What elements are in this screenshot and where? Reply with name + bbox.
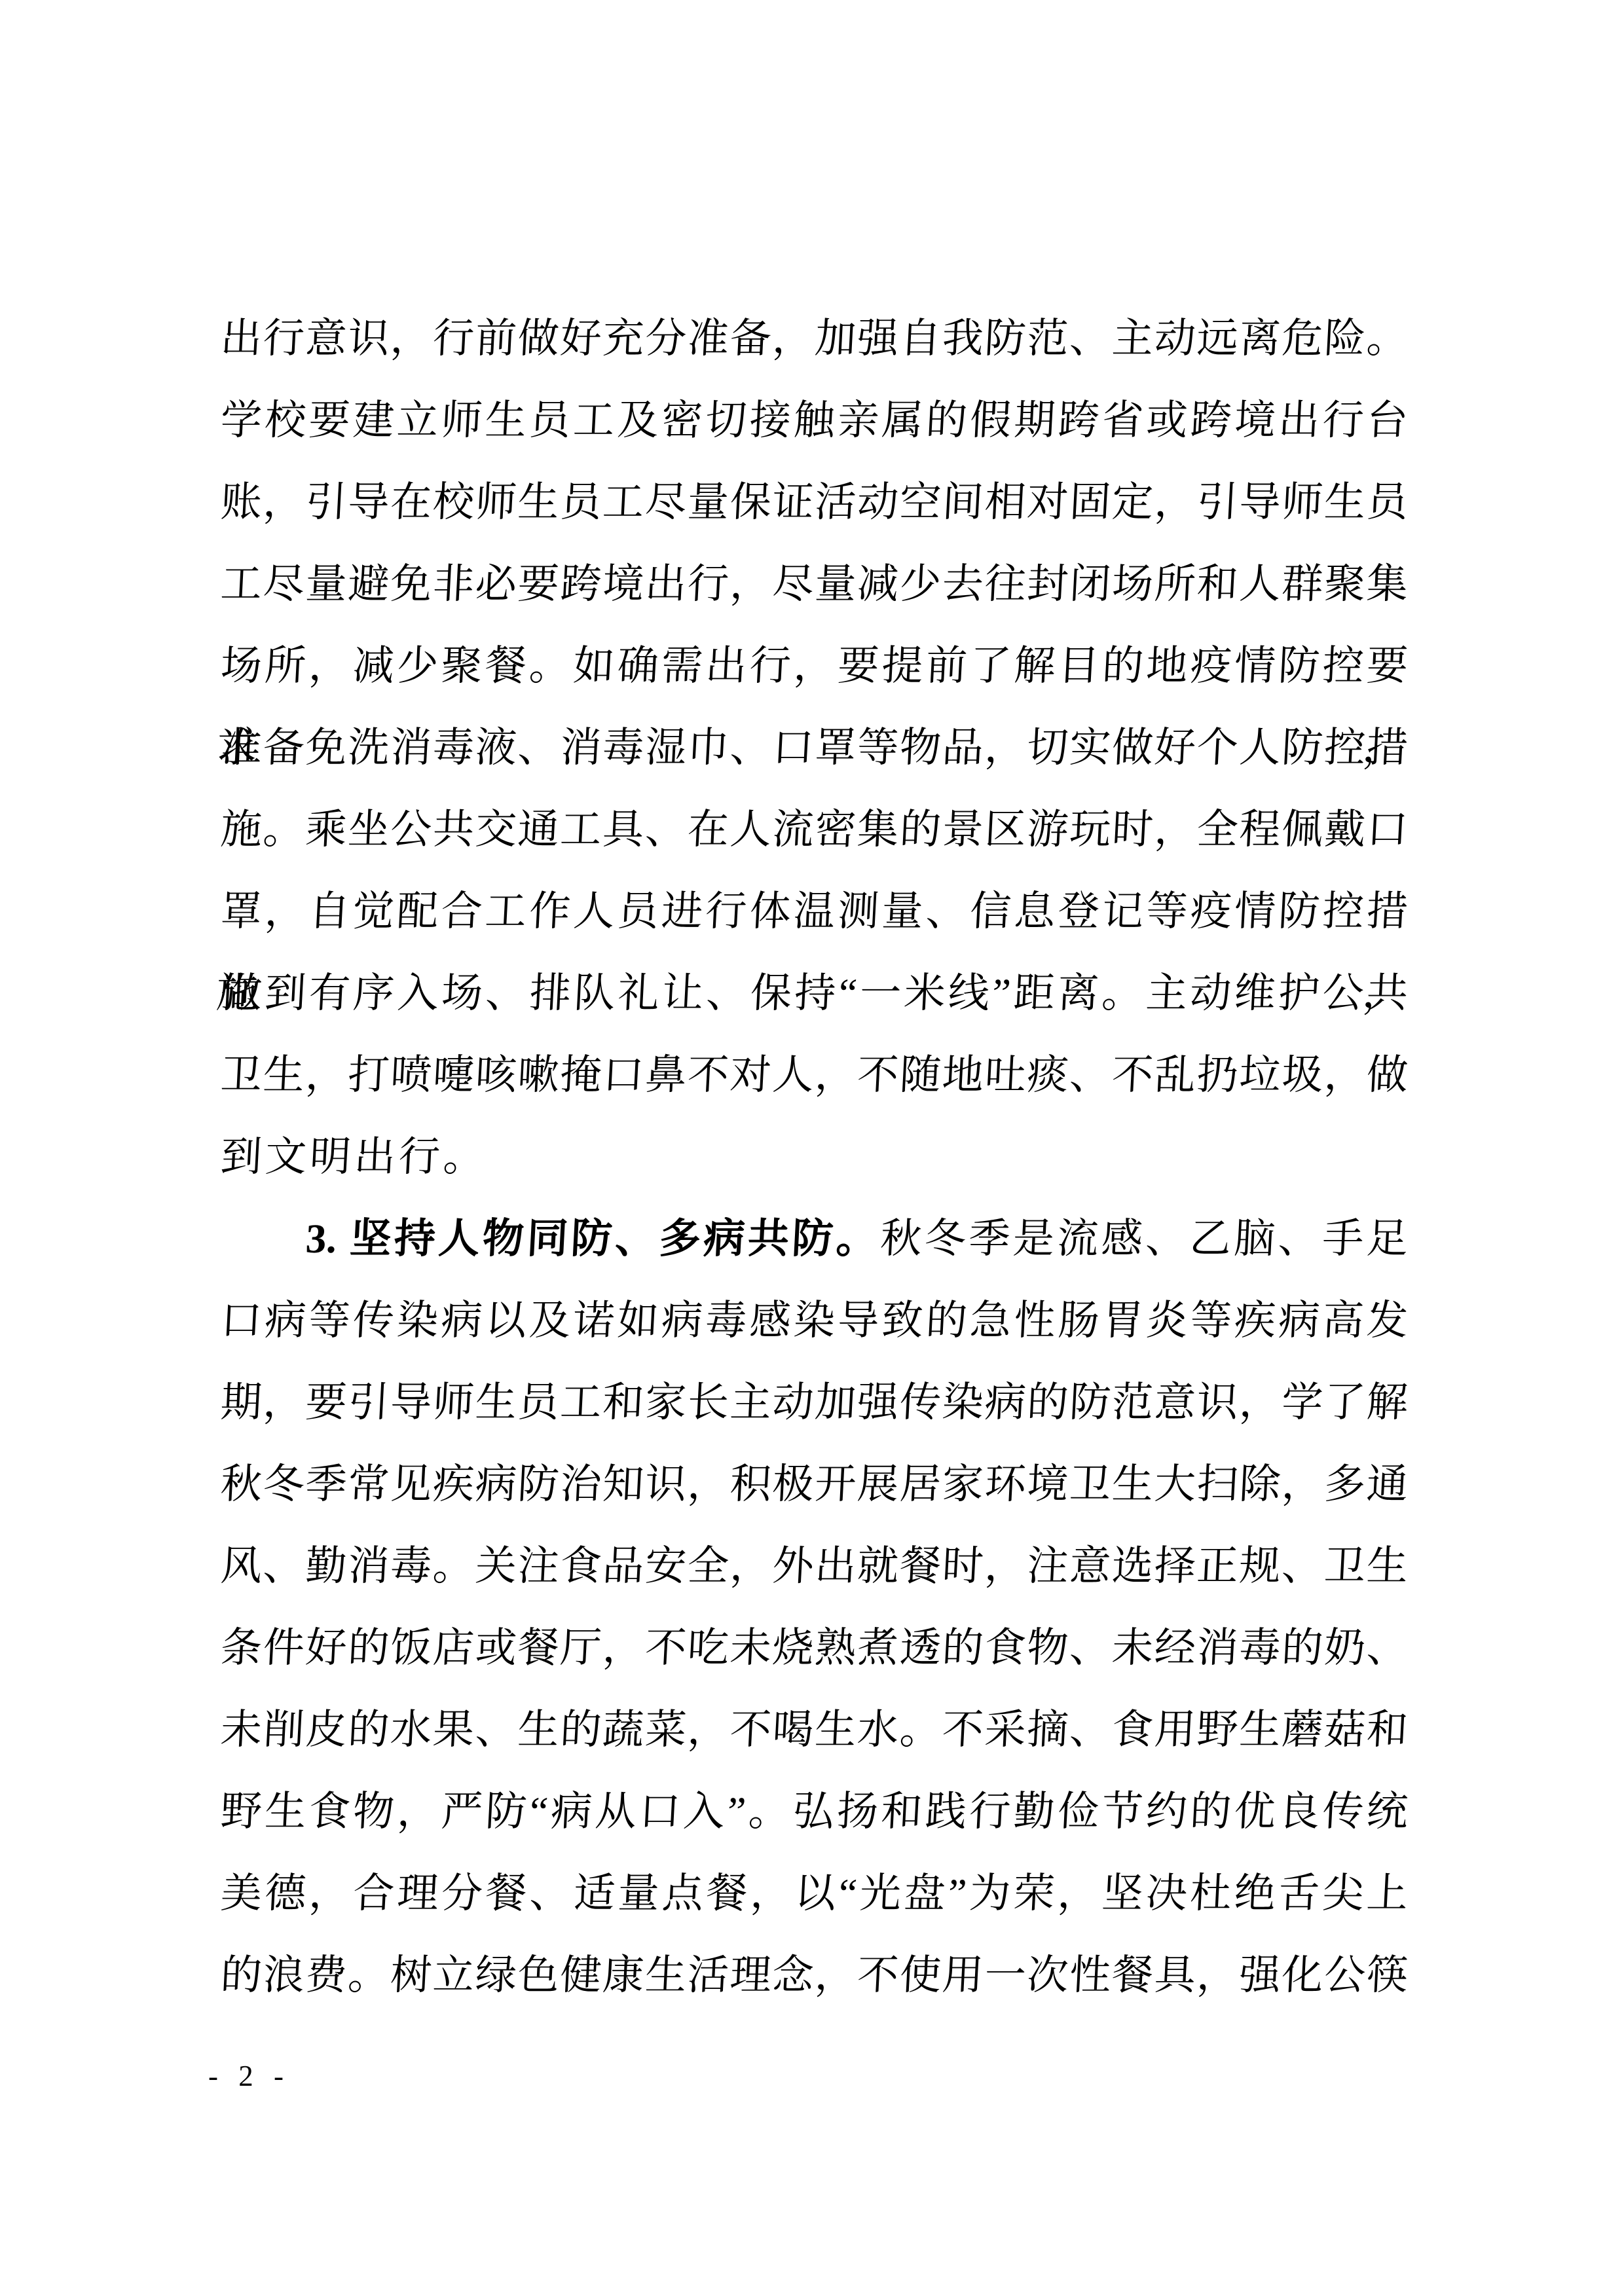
body-line-08: 罩，自觉配合工作人员进行体温测量、信息登记等疫情防控措施， <box>219 871 1411 953</box>
body-line-17: 条件好的饭店或餐厅，不吃未烧熟煮透的食物、未经消毒的奶、 <box>219 1607 1411 1689</box>
item3-bold-lead: 3. 坚持人物同防、多病共防。 <box>304 1216 881 1262</box>
body-line-19: 野生食物，严防“病从口入”。弘扬和践行勤俭节约的优良传统 <box>219 1771 1411 1853</box>
body-line-10: 卫生，打喷嚏咳嗽掩口鼻不对人，不随地吐痰、不乱扔垃圾，做 <box>219 1034 1411 1116</box>
body-line-20: 美德，合理分餐、适量点餐，以“光盘”为荣，坚决杜绝舌尖上 <box>219 1853 1411 1935</box>
body-line-06: 准备免洗消毒液、消毒湿巾、口罩等物品，切实做好个人防控措 <box>219 707 1411 789</box>
page-number: - 2 - <box>208 2060 290 2092</box>
body-line-01: 出行意识，行前做好充分准备，加强自我防范、主动远离危险。 <box>219 298 1411 380</box>
body-text-block: 出行意识，行前做好充分准备，加强自我防范、主动远离危险。 学校要建立师生员工及密… <box>221 298 1408 2016</box>
body-line-16: 风、勤消毒。关注食品安全，外出就餐时，注意选择正规、卫生 <box>219 1525 1411 1607</box>
body-line-02: 学校要建立师生员工及密切接触亲属的假期跨省或跨境出行台 <box>219 380 1411 462</box>
body-line-12-item3-heading: 3. 坚持人物同防、多病共防。秋冬季是流感、乙脑、手足 <box>219 1198 1411 1280</box>
body-line-13: 口病等传染病以及诺如病毒感染导致的急性肠胃炎等疾病高发 <box>219 1280 1411 1362</box>
body-line-07: 施。乘坐公共交通工具、在人流密集的景区游玩时，全程佩戴口 <box>219 789 1411 871</box>
body-line-11-paragraph-end: 到文明出行。 <box>219 1116 1411 1198</box>
body-line-14: 期，要引导师生员工和家长主动加强传染病的防范意识，学了解 <box>219 1362 1411 1444</box>
body-line-18: 未削皮的水果、生的蔬菜，不喝生水。不采摘、食用野生蘑菇和 <box>219 1689 1411 1771</box>
item3-first-line-rest: 秋冬季是流感、乙脑、手足 <box>879 1216 1409 1262</box>
document-page: 出行意识，行前做好充分准备，加强自我防范、主动远离危险。 学校要建立师生员工及密… <box>0 0 1624 2296</box>
body-line-04: 工尽量避免非必要跨境出行，尽量减少去往封闭场所和人群聚集 <box>219 543 1411 625</box>
body-line-05: 场所，减少聚餐。如确需出行，要提前了解目的地疫情防控要求， <box>219 625 1411 707</box>
body-line-09: 做到有序入场、排队礼让、保持“一米线”距离。主动维护公共 <box>219 953 1411 1034</box>
body-line-21: 的浪费。树立绿色健康生活理念，不使用一次性餐具，强化公筷 <box>219 1935 1411 2016</box>
body-line-03: 账，引导在校师生员工尽量保证活动空间相对固定，引导师生员 <box>219 462 1411 543</box>
body-line-15: 秋冬季常见疾病防治知识，积极开展居家环境卫生大扫除，多通 <box>219 1444 1411 1525</box>
